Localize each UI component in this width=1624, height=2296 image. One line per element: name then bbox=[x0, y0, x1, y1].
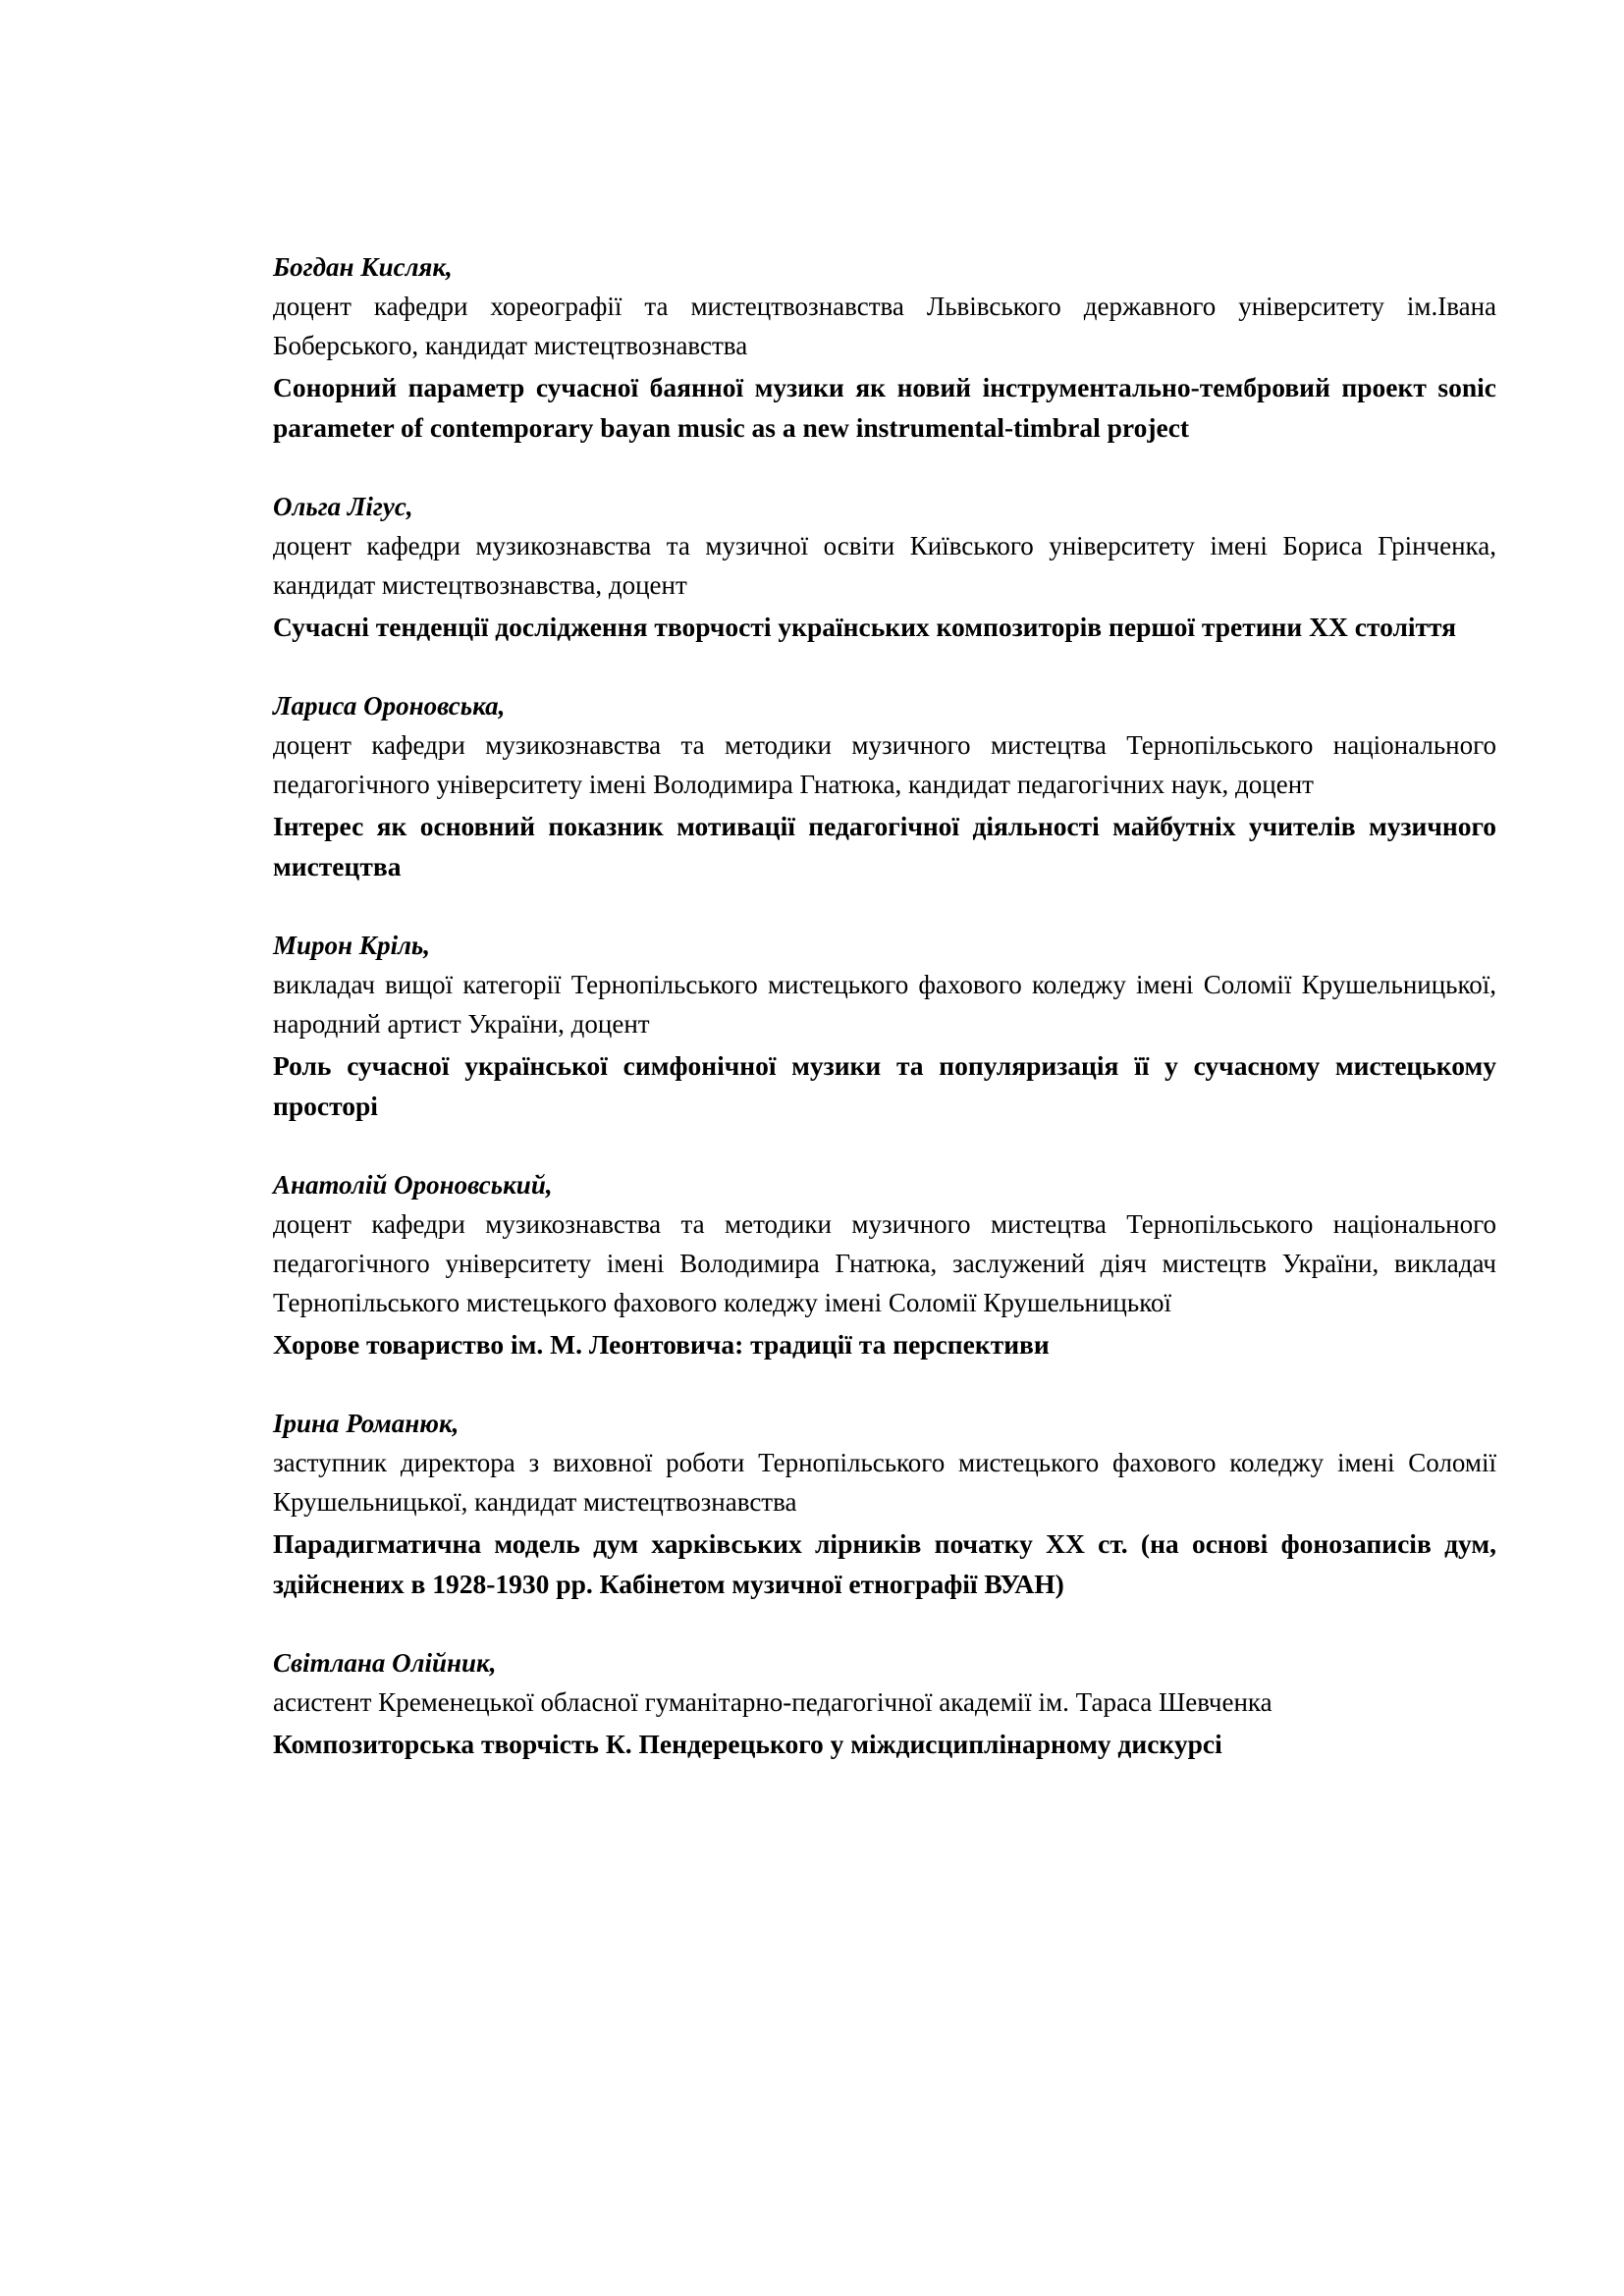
speaker-entry: Лариса Ороновська, доцент кафедри музико… bbox=[273, 686, 1496, 886]
speaker-name: Богдан Кисляк, bbox=[273, 247, 1496, 287]
speaker-name: Ольга Лігус, bbox=[273, 487, 1496, 526]
speaker-affiliation: викладач вищої категорії Тернопільського… bbox=[273, 965, 1496, 1043]
speaker-entry: Ольга Лігус, доцент кафедри музикознавст… bbox=[273, 487, 1496, 647]
speaker-affiliation: доцент кафедри музикознавства та музично… bbox=[273, 526, 1496, 605]
speaker-entry: Мирон Кріль, викладач вищої категорії Те… bbox=[273, 926, 1496, 1126]
speaker-name: Лариса Ороновська, bbox=[273, 686, 1496, 725]
speaker-affiliation: доцент кафедри музикознавства та методик… bbox=[273, 1204, 1496, 1322]
speaker-affiliation: доцент кафедри музикознавства та методик… bbox=[273, 725, 1496, 804]
speaker-entry: Богдан Кисляк, доцент кафедри хореографі… bbox=[273, 247, 1496, 448]
talk-title: Інтерес як основний показник мотивації п… bbox=[273, 806, 1496, 886]
talk-title: Композиторська творчість К. Пендерецьког… bbox=[273, 1724, 1496, 1764]
talk-title: Сонорний параметр сучасної баянної музик… bbox=[273, 367, 1496, 448]
speaker-name: Мирон Кріль, bbox=[273, 926, 1496, 965]
talk-title: Роль сучасної української симфонічної му… bbox=[273, 1045, 1496, 1126]
talk-title: Сучасні тенденції дослідження творчості … bbox=[273, 607, 1496, 647]
speaker-name: Ірина Романюк, bbox=[273, 1404, 1496, 1443]
speaker-name: Анатолій Ороновський, bbox=[273, 1165, 1496, 1204]
speaker-entry: Ірина Романюк, заступник директора з вих… bbox=[273, 1404, 1496, 1604]
speaker-name: Світлана Олійник, bbox=[273, 1643, 1496, 1682]
document-page: Богдан Кисляк, доцент кафедри хореографі… bbox=[273, 247, 1496, 1803]
speaker-entry: Анатолій Ороновський, доцент кафедри муз… bbox=[273, 1165, 1496, 1364]
speaker-entry: Світлана Олійник, асистент Кременецької … bbox=[273, 1643, 1496, 1764]
speaker-affiliation: асистент Кременецької обласної гуманітар… bbox=[273, 1682, 1496, 1722]
talk-title: Парадигматична модель дум харківських лі… bbox=[273, 1523, 1496, 1604]
speaker-affiliation: заступник директора з виховної роботи Те… bbox=[273, 1443, 1496, 1522]
talk-title: Хорове товариство ім. М. Леонтовича: тра… bbox=[273, 1324, 1496, 1364]
speaker-affiliation: доцент кафедри хореографії та мистецтвоз… bbox=[273, 287, 1496, 365]
